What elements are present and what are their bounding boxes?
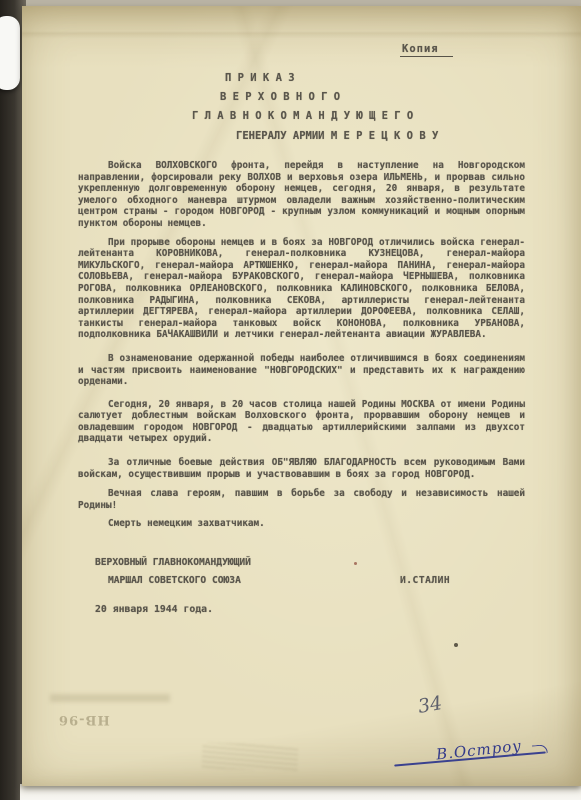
- archival-photo-scan: Копия П Р И К А З В Е Р Х О В Н О Г О Г …: [0, 0, 581, 800]
- document-title-line2: В Е Р Х О В Н О Г О: [220, 91, 340, 103]
- signature-title-line2: МАРШАЛ СОВЕТСКОГО СОЮЗА: [108, 575, 241, 586]
- inverted-inventory-mark: НВ-96: [58, 712, 110, 727]
- paragraph-moscow-salute: Сегодня, 20 января, в 20 часов столица н…: [78, 399, 525, 445]
- signature-title-line1: ВЕРХОВНЫЙ ГЛАВНОКОМАНДУЮЩИЙ: [95, 557, 251, 568]
- document-body: Войска ВОЛХОВСКОГО фронта, перейдя в нас…: [78, 160, 525, 530]
- paragraph-death-to-invaders: Смерть немецким захватчикам.: [78, 518, 525, 530]
- scanner-bed-strip: [20, 784, 581, 800]
- faint-pencil-smudge: [202, 742, 299, 771]
- document-date: 20 января 1944 года.: [95, 604, 213, 615]
- ink-speck: [454, 643, 458, 647]
- signatory-stalin: И.СТАЛИН: [400, 575, 450, 586]
- paragraph-distinguished-commanders: При прорыве обороны немцев и в боях за Н…: [78, 237, 525, 341]
- paragraph-advance-on-novgorod: Войска ВОЛХОВСКОГО фронта, перейдя в нас…: [78, 160, 525, 230]
- paragraph-honorific-novgorodskih: В ознаменование одержанной победы наибол…: [78, 353, 525, 388]
- red-speck: [354, 562, 357, 565]
- document-title-line3: Г Л А В Н О К О М А Н Д У Ю Щ Е Г О: [192, 110, 413, 122]
- handwritten-ink-signature: В.Остроу: [435, 737, 522, 764]
- paper-clip-highlight: [0, 16, 20, 90]
- document-addressee: ГЕНЕРАЛУ АРМИИ М Е Р Е Ц К О В У: [236, 130, 438, 142]
- document-page: Копия П Р И К А З В Е Р Х О В Н О Г О Г …: [22, 6, 581, 786]
- paragraph-gratitude: За отличные боевые действия ОБ"ЯВЛЯЮ БЛА…: [78, 457, 525, 480]
- document-title-line1: П Р И К А З: [225, 72, 295, 84]
- paragraph-eternal-glory: Вечная слава героям, павшим в борьбе за …: [78, 488, 525, 511]
- handwritten-page-number: 34: [416, 692, 444, 718]
- copy-stamp: Копия: [400, 43, 453, 57]
- faint-crease-smudge: [50, 694, 170, 702]
